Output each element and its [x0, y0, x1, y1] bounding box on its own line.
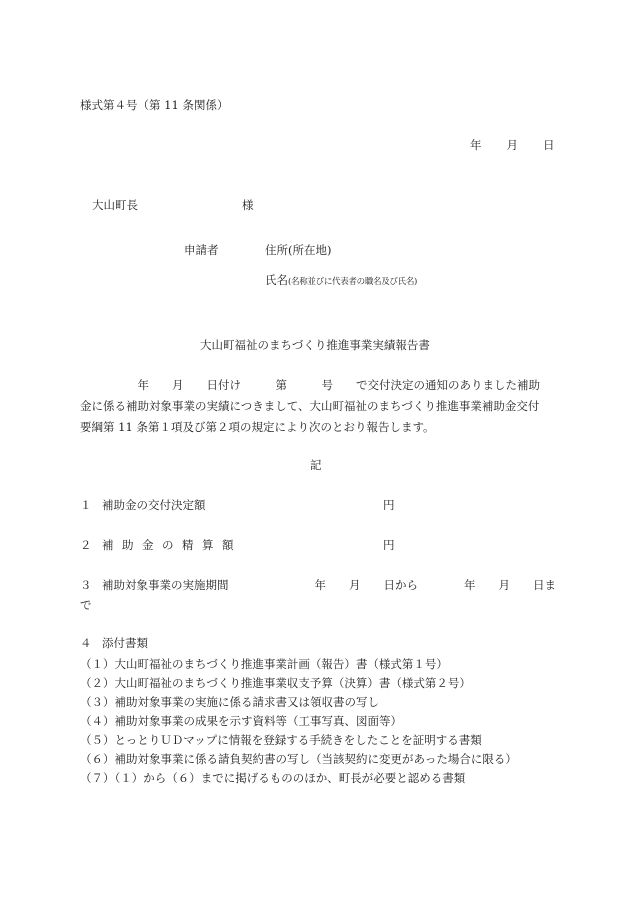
ki-heading: 記: [310, 457, 322, 473]
item-grant-settlement-amount: ２補助金の精算額 円: [80, 537, 242, 553]
addressee-honorific: 様: [242, 197, 254, 213]
date-month-label: 月: [507, 137, 519, 153]
document-title: 大山町福祉のまちづくり推進事業実績報告書: [200, 337, 430, 353]
body-line-1: 年 月 日付け 第 号 で交付決定の通知のありました補助: [80, 375, 555, 396]
attachment-item: （５）とっとりＵＤマップに情報を登録する手続きをしたことを証明する書類: [80, 731, 517, 750]
item-label: 補助金の精算額: [102, 538, 242, 552]
addressee-name: 大山町長: [92, 198, 138, 212]
name-label: 氏名(名称並びに代表者の職名及び氏名): [265, 272, 417, 290]
addressee: 大山町長 様: [92, 197, 138, 213]
item-unit: 円: [383, 537, 395, 553]
applicant-label: 申請者: [184, 242, 219, 258]
date-line: 年月日: [470, 137, 555, 153]
address-label: 住所(所在地): [265, 242, 331, 258]
item-number: ４: [80, 635, 102, 651]
item-implementation-period: ３補助対象事業の実施期間 年 月 日から 年 月 日ま: [80, 577, 229, 593]
item-period-wrap: で: [80, 597, 92, 613]
attachment-item: （１）大山町福祉のまちづくり推進事業計画（報告）書（様式第１号）: [80, 655, 517, 674]
item-label: 添付書類: [102, 636, 148, 650]
item-attachments-heading: ４添付書類: [80, 635, 148, 651]
name-label-note: (名称並びに代表者の職名及び氏名): [288, 277, 417, 287]
body-line-3: 要綱第 11 条第１項及び第２項の規定により次のとおり報告します。: [80, 417, 555, 438]
name-label-text: 氏名: [265, 273, 288, 287]
body-line-2: 金に係る補助対象事業の実績につきまして、大山町福祉のまちづくり推進事業補助金交付: [80, 396, 555, 417]
item-grant-decision-amount: １補助金の交付決定額 円: [80, 497, 206, 513]
item-number: １: [80, 497, 102, 513]
form-number: 様式第４号（第 11 条関係）: [80, 97, 228, 113]
attachment-item: （３）補助対象事業の実施に係る請求書又は領収書の写し: [80, 693, 517, 712]
attachment-item: （６）補助対象事業に係る請負契約書の写し（当該契約に変更があった場合に限る）: [80, 750, 517, 769]
date-year-label: 年: [470, 137, 482, 153]
attachment-list: （１）大山町福祉のまちづくり推進事業計画（報告）書（様式第１号） （２）大山町福…: [80, 655, 517, 788]
attachment-item: （７）（１）から（６）までに掲げるもののほか、町長が必要と認める書類: [80, 769, 517, 788]
item-label: 補助対象事業の実施期間: [102, 578, 229, 592]
item-period: 年 月 日から 年 月 日ま: [303, 577, 556, 593]
body-paragraph: 年 月 日付け 第 号 で交付決定の通知のありました補助 金に係る補助対象事業の…: [80, 375, 555, 438]
item-unit: 円: [383, 497, 395, 513]
attachment-item: （４）補助対象事業の成果を示す資料等（工事写真、図面等）: [80, 712, 517, 731]
item-number: ２: [80, 537, 102, 553]
date-day-label: 日: [543, 137, 555, 153]
item-number: ３: [80, 577, 102, 593]
item-label: 補助金の交付決定額: [102, 498, 206, 512]
attachment-item: （２）大山町福祉のまちづくり推進事業収支予算（決算）書（様式第２号）: [80, 674, 517, 693]
